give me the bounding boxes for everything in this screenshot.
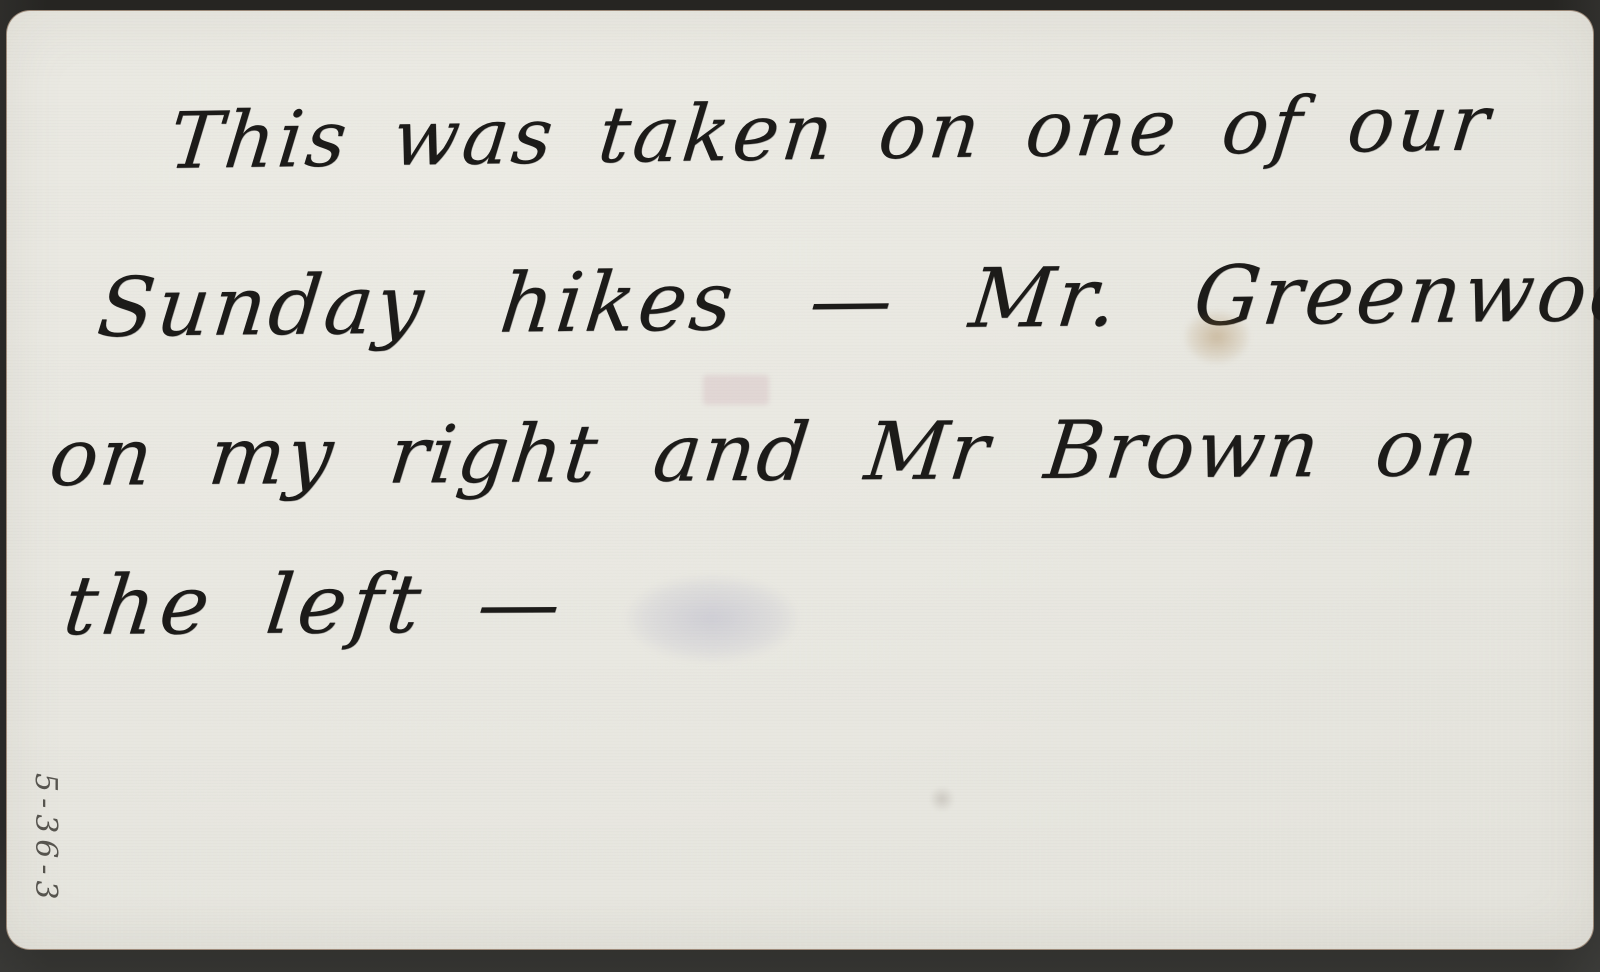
handwritten-line-1: This was taken on one of our (165, 78, 1496, 187)
scan-backdrop: This was taken on one of our Sunday hike… (0, 0, 1600, 972)
catalog-number: 5-36-3 (28, 773, 63, 906)
index-card: This was taken on one of our Sunday hike… (6, 10, 1594, 950)
handwritten-line-4: the left — (59, 556, 571, 654)
paper-spot (929, 786, 955, 812)
faint-mark (703, 375, 769, 405)
handwritten-line-2: Sunday hikes — Mr. Greenwood (93, 244, 1600, 356)
ink-smudge (627, 576, 797, 661)
handwritten-line-3: on my right and Mr Brown on (45, 401, 1485, 504)
